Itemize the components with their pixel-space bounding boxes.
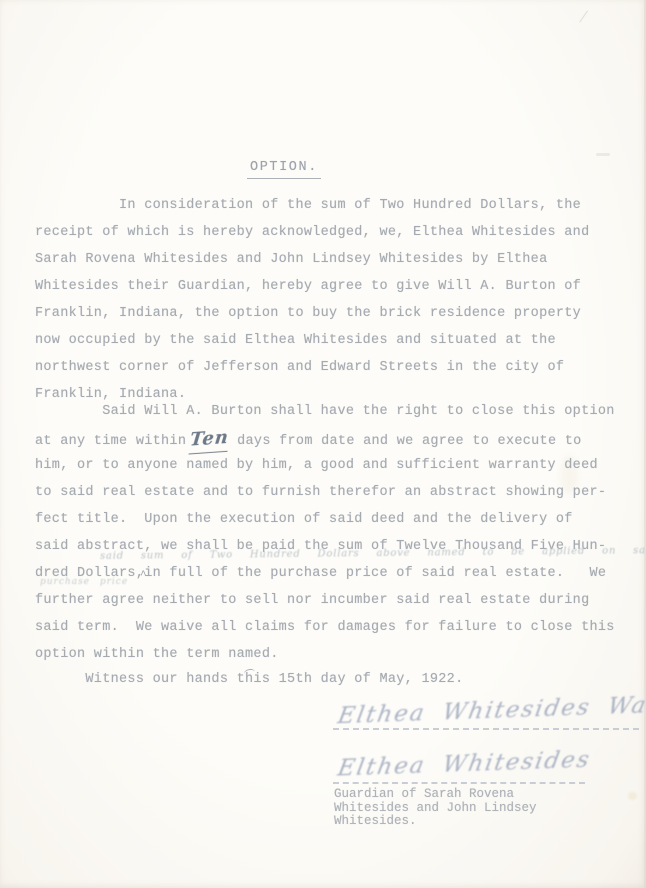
typed-line: Guardian of Sarah Rovena: [334, 788, 537, 802]
typed-line-with-handwriting: at any time withinTendays from date and …: [35, 425, 620, 452]
witness-clause: Witness our hands this 15th day of May, …: [35, 666, 620, 693]
paragraph-2: Said Will A. Burton shall have the right…: [35, 398, 620, 668]
typed-line: now occupied by the said Elthea Whitesid…: [35, 327, 620, 354]
signature-line: [333, 782, 585, 784]
typed-line: receipt of which is hereby acknowledged,…: [35, 219, 620, 246]
typed-line: further agree neither to sell nor incumb…: [35, 587, 620, 614]
typed-line: Said Will A. Burton shall have the right…: [35, 398, 620, 425]
typed-line: Whitesides.: [334, 815, 537, 829]
signature-elthea-whitesides-guardian: Elthea Whitesides: [336, 747, 593, 782]
typed-line: Whitesides and John Lindsey: [334, 802, 537, 816]
scan-artifact: [628, 792, 637, 800]
typed-line: Franklin, Indiana, the option to buy the…: [35, 300, 620, 327]
insertion-caret: ^: [140, 570, 147, 582]
document-page: OPTION. In consideration of the sum of T…: [0, 0, 646, 888]
typed-line: fect title. Upon the execution of said d…: [35, 506, 620, 533]
document-title: OPTION.: [247, 160, 321, 179]
typed-line: him, or to anyone named by him, a good a…: [35, 452, 620, 479]
typed-line: option within the term named.: [35, 641, 620, 668]
typed-line: to said real estate and to furnish there…: [35, 479, 620, 506]
typed-line: Whitesides their Guardian, hereby agree …: [35, 273, 620, 300]
scan-artifact: [579, 10, 589, 23]
typed-segment: days from date and we agree to execute t…: [237, 434, 581, 449]
paragraph-1: In consideration of the sum of Two Hundr…: [35, 192, 620, 408]
guardian-caption: Guardian of Sarah Rovena Whitesides and …: [334, 788, 537, 829]
typed-line: In consideration of the sum of Two Hundr…: [35, 192, 620, 219]
handwritten-word-ten: Ten: [189, 424, 231, 455]
typed-segment: at any time within: [35, 434, 186, 449]
typed-line: Sarah Rovena Whitesides and John Lindsey…: [35, 246, 620, 273]
typed-line: Witness our hands this 15th day of May, …: [35, 666, 620, 693]
typed-line: said term. We waive all claims for damag…: [35, 614, 620, 641]
scan-artifact: [596, 153, 610, 156]
typed-line: northwest corner of Jefferson and Edward…: [35, 354, 620, 381]
signature-line: [333, 728, 639, 730]
signature-elthea-whitesides-ward: Elthea Whitesides Ward-: [336, 691, 646, 729]
handwritten-interlineation-fragment: purchase price: [40, 577, 128, 587]
